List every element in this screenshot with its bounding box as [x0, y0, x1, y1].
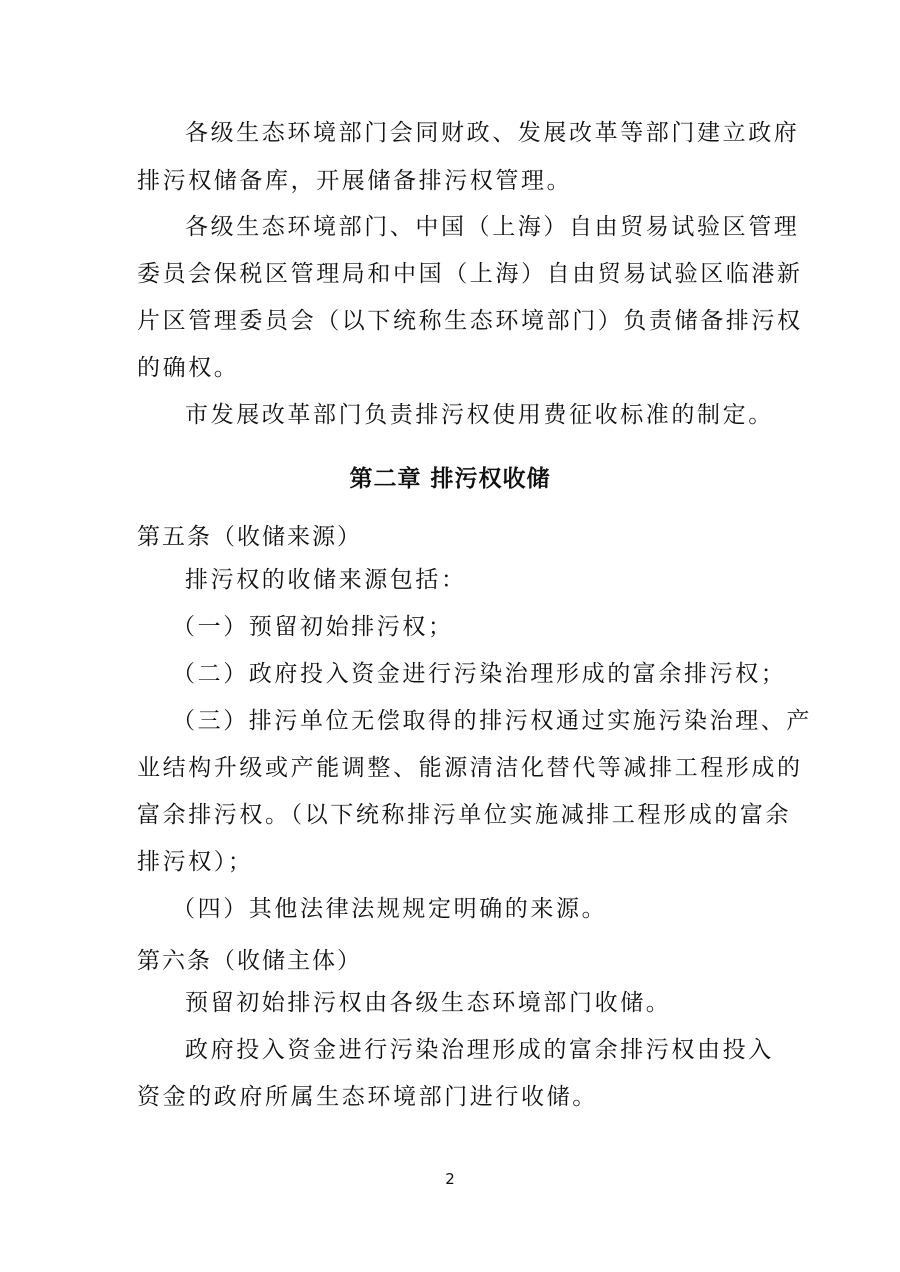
list-item: （一）预留初始排污权； — [172, 612, 800, 642]
paragraph-line: 市发展改革部门负责排污权使用费征收标准的制定。 — [185, 400, 813, 430]
paragraph-line: 预留初始排污权由各级生态环境部门收储。 — [185, 988, 813, 1018]
paragraph-line: 的确权。 — [137, 353, 765, 383]
paragraph-line: 各级生态环境部门、中国（上海）自由贸易试验区管理 — [185, 212, 813, 242]
list-item-continuation: 排污权）； — [137, 847, 765, 877]
list-item: （三）排污单位无偿取得的排污权通过实施污染治理、产 — [172, 706, 800, 736]
list-item: （二）政府投入资金进行污染治理形成的富余排污权； — [172, 659, 800, 689]
paragraph-line: 片区管理委员会（以下统称生态环境部门）负责储备排污权 — [137, 306, 765, 336]
article-title: 第五条（收储来源） — [137, 518, 362, 551]
paragraph-line: 政府投入资金进行污染治理形成的富余排污权由投入 — [185, 1035, 813, 1065]
paragraph-line: 各级生态环境部门会同财政、发展改革等部门建立政府 — [185, 118, 813, 148]
article-title: 第六条（收储主体） — [137, 942, 362, 975]
list-item-continuation: 业结构升级或产能调整、能源清洁化替代等减排工程形成的 — [137, 753, 765, 783]
list-item-continuation: 富余排污权。（以下统称排污单位实施减排工程形成的富余 — [137, 800, 765, 830]
paragraph-line: 排污权储备库，开展储备排污权管理。 — [137, 166, 765, 196]
paragraph-line: 排污权的收储来源包括： — [185, 565, 813, 595]
chapter-heading: 第二章 排污权收储 — [0, 460, 900, 493]
list-item: （四）其他法律法规规定明确的来源。 — [172, 894, 800, 924]
paragraph-line: 委员会保税区管理局和中国（上海）自由贸易试验区临港新 — [137, 259, 765, 289]
page-number: 2 — [0, 1170, 900, 1188]
paragraph-line: 资金的政府所属生态环境部门进行收储。 — [137, 1082, 765, 1112]
